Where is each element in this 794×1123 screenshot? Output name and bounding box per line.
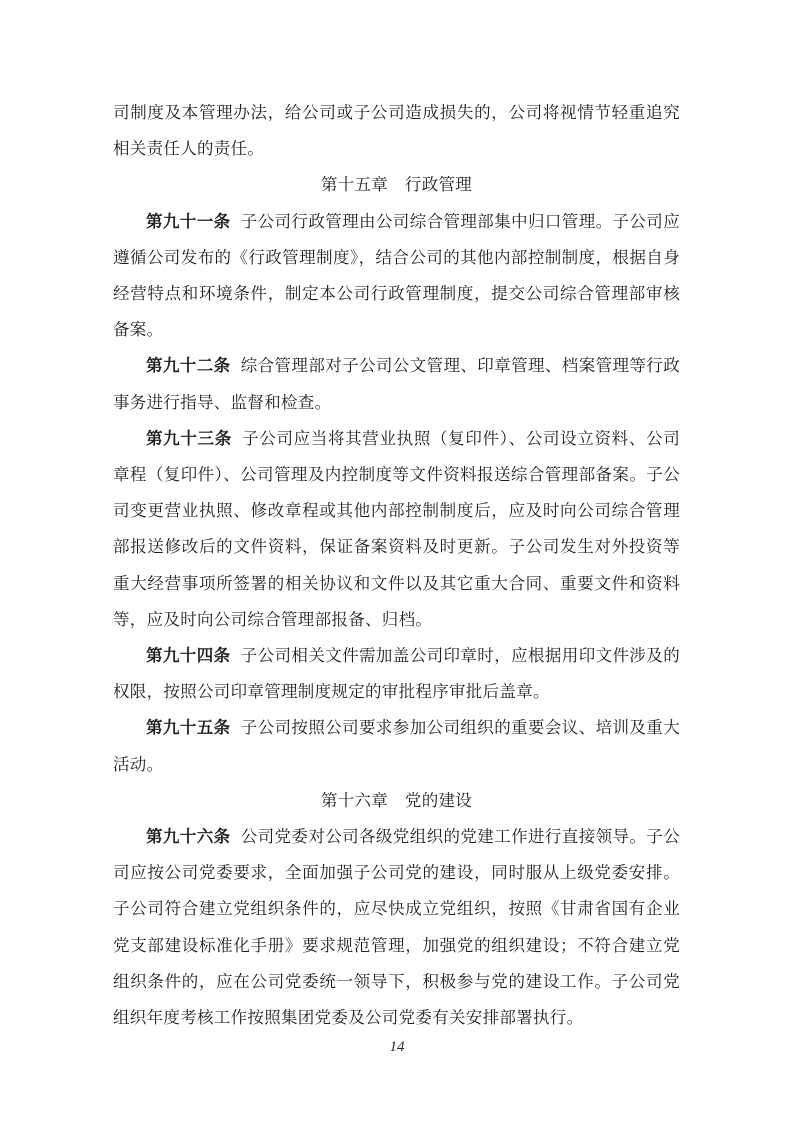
chapter-heading-16: 第十六章 党的建设	[113, 783, 680, 819]
article-paragraph-91: 第九十一条子公司行政管理由公司综合管理部集中归口管理。子公司应遵循公司发布的《行…	[113, 204, 680, 349]
article-number-label: 第九十六条	[146, 827, 231, 846]
page-footer: 14	[0, 1038, 794, 1056]
paragraph-continuation: 司制度及本管理办法，给公司或子公司造成损失的，公司将视情节轻重追究相关责任人的责…	[113, 95, 680, 167]
article-paragraph-92: 第九十二条综合管理部对子公司公文管理、印章管理、档案管理等行政事务进行指导、监督…	[113, 348, 680, 420]
article-number-label: 第九十五条	[146, 718, 231, 737]
article-number-label: 第九十二条	[146, 356, 231, 375]
article-paragraph-95: 第九十五条子公司按照公司要求参加公司组织的重要会议、培训及重大活动。	[113, 710, 680, 782]
chapter-heading-15: 第十五章 行政管理	[113, 167, 680, 203]
document-page: 司制度及本管理办法，给公司或子公司造成损失的，公司将视情节轻重追究相关责任人的责…	[0, 0, 794, 1123]
article-text: 公司党委对公司各级党组织的党建工作进行直接领导。子公司应按公司党委要求，全面加强…	[113, 827, 680, 1027]
article-number-label: 第九十四条	[146, 646, 231, 665]
article-paragraph-93: 第九十三条子公司应当将其营业执照（复印件）、公司设立资料、公司章程（复印件）、公…	[113, 421, 680, 638]
article-number-label: 第九十一条	[146, 212, 231, 231]
article-paragraph-96: 第九十六条公司党委对公司各级党组织的党建工作进行直接领导。子公司应按公司党委要求…	[113, 819, 680, 1036]
article-text: 子公司应当将其营业执照（复印件）、公司设立资料、公司章程（复印件）、公司管理及内…	[113, 429, 680, 629]
article-paragraph-94: 第九十四条子公司相关文件需加盖公司印章时，应根据用印文件涉及的权限，按照公司印章…	[113, 638, 680, 710]
document-text-area: 司制度及本管理办法，给公司或子公司造成损失的，公司将视情节轻重追究相关责任人的责…	[113, 95, 680, 1036]
article-number-label: 第九十三条	[146, 429, 232, 448]
page-number: 14	[390, 1039, 405, 1055]
